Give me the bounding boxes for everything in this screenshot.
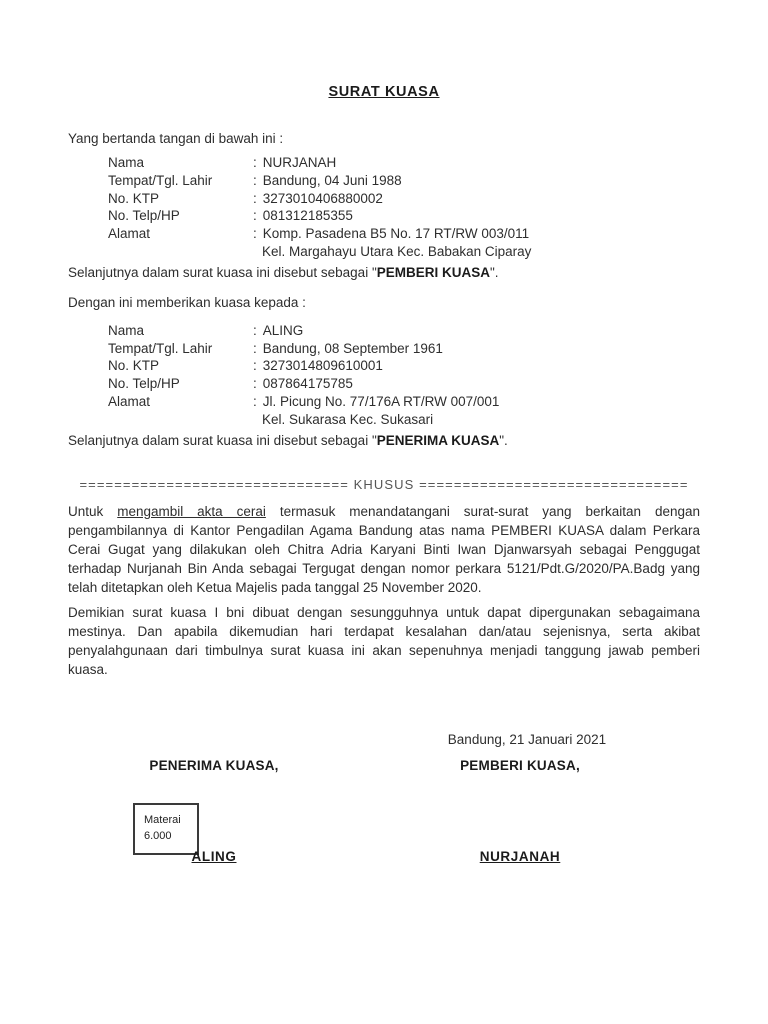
document-page: SURAT KUASA Yang bertanda tangan di bawa… — [0, 0, 768, 1024]
khusus-text: Untuk — [68, 504, 117, 519]
divider-right: =============================== — [419, 477, 688, 492]
signature-date: Bandung, 21 Januari 2021 — [397, 731, 657, 749]
signature-area: PENERIMA KUASA, Materai 6.000 ALING PEMB… — [68, 757, 700, 865]
address-continuation: Kel. Margahayu Utara Kec. Babakan Cipara… — [68, 243, 700, 261]
clause-bold-pemberi: PEMBERI KUASA — [377, 265, 490, 280]
field-row: No. KTP : 3273010406880002 — [68, 190, 700, 208]
grantor-clause: Selanjutnya dalam surat kuasa ini disebu… — [68, 264, 700, 282]
field-value: Bandung, 08 September 1961 — [257, 340, 443, 358]
field-value: Jl. Picung No. 77/176A RT/RW 007/001 — [257, 393, 500, 411]
field-value: Komp. Pasadena B5 No. 17 RT/RW 003/011 — [257, 225, 529, 243]
clause-text: ". — [499, 433, 508, 448]
field-row: Tempat/Tgl. Lahir : Bandung, 04 Juni 198… — [68, 172, 700, 190]
field-label: Nama — [108, 154, 253, 172]
materai-stamp: Materai 6.000 — [133, 803, 199, 855]
kepada-line: Dengan ini memberikan kuasa kepada : — [68, 294, 700, 312]
field-row: Nama : NURJANAH — [68, 154, 700, 172]
field-value: Bandung, 04 Juni 1988 — [257, 172, 402, 190]
khusus-divider: =============================== KHUSUS =… — [68, 476, 700, 494]
grantee-fields: Nama : ALING Tempat/Tgl. Lahir : Bandung… — [68, 322, 700, 429]
signature-left-title: PENERIMA KUASA, — [79, 757, 349, 775]
divider-label: KHUSUS — [354, 477, 415, 492]
signature-left-name: ALING — [79, 849, 349, 865]
field-label: Alamat — [108, 393, 253, 411]
field-row: No. Telp/HP : 081312185355 — [68, 207, 700, 225]
field-value: 3273010406880002 — [257, 190, 383, 208]
underlined-phrase: mengambil akta cerai — [117, 504, 266, 519]
field-label: No. Telp/HP — [108, 207, 253, 225]
field-label: Alamat — [108, 225, 253, 243]
field-label: Nama — [108, 322, 253, 340]
signature-right-title: PEMBERI KUASA, — [385, 757, 655, 775]
field-value: NURJANAH — [257, 154, 337, 172]
field-row: Tempat/Tgl. Lahir : Bandung, 08 Septembe… — [68, 340, 700, 358]
field-value: 3273014809610001 — [257, 357, 383, 375]
document-title: SURAT KUASA — [68, 84, 700, 100]
intro-line: Yang bertanda tangan di bawah ini : — [68, 130, 700, 148]
clause-text: Selanjutnya dalam surat kuasa ini disebu… — [68, 433, 377, 448]
field-label: No. KTP — [108, 190, 253, 208]
field-row: Alamat : Komp. Pasadena B5 No. 17 RT/RW … — [68, 225, 700, 243]
signature-spacer — [385, 775, 655, 855]
address-continuation: Kel. Sukarasa Kec. Sukasari — [68, 411, 700, 429]
divider-left: =============================== — [79, 477, 348, 492]
field-row: Alamat : Jl. Picung No. 77/176A RT/RW 00… — [68, 393, 700, 411]
stamp-line1: Materai — [144, 812, 195, 828]
stamp-line2: 6.000 — [144, 828, 195, 844]
field-value: 081312185355 — [257, 207, 353, 225]
grantee-clause: Selanjutnya dalam surat kuasa ini disebu… — [68, 432, 700, 450]
clause-text: Selanjutnya dalam surat kuasa ini disebu… — [68, 265, 377, 280]
field-value: 087864175785 — [257, 375, 353, 393]
field-value: ALING — [257, 322, 304, 340]
closing-paragraph: Demikian surat kuasa I bni dibuat dengan… — [68, 603, 700, 679]
field-row: No. Telp/HP : 087864175785 — [68, 375, 700, 393]
signature-left-column: PENERIMA KUASA, Materai 6.000 ALING — [79, 757, 349, 865]
field-row: No. KTP : 3273014809610001 — [68, 357, 700, 375]
field-row: Nama : ALING — [68, 322, 700, 340]
khusus-paragraph: Untuk mengambil akta cerai termasuk mena… — [68, 502, 700, 597]
signature-right-name: NURJANAH — [385, 849, 655, 865]
signature-right-column: PEMBERI KUASA, NURJANAH — [385, 757, 655, 865]
field-label: No. KTP — [108, 357, 253, 375]
clause-text: ". — [490, 265, 499, 280]
field-label: Tempat/Tgl. Lahir — [108, 172, 253, 190]
field-label: No. Telp/HP — [108, 375, 253, 393]
clause-bold-penerima: PENERIMA KUASA — [377, 433, 500, 448]
grantor-fields: Nama : NURJANAH Tempat/Tgl. Lahir : Band… — [68, 154, 700, 261]
field-label: Tempat/Tgl. Lahir — [108, 340, 253, 358]
